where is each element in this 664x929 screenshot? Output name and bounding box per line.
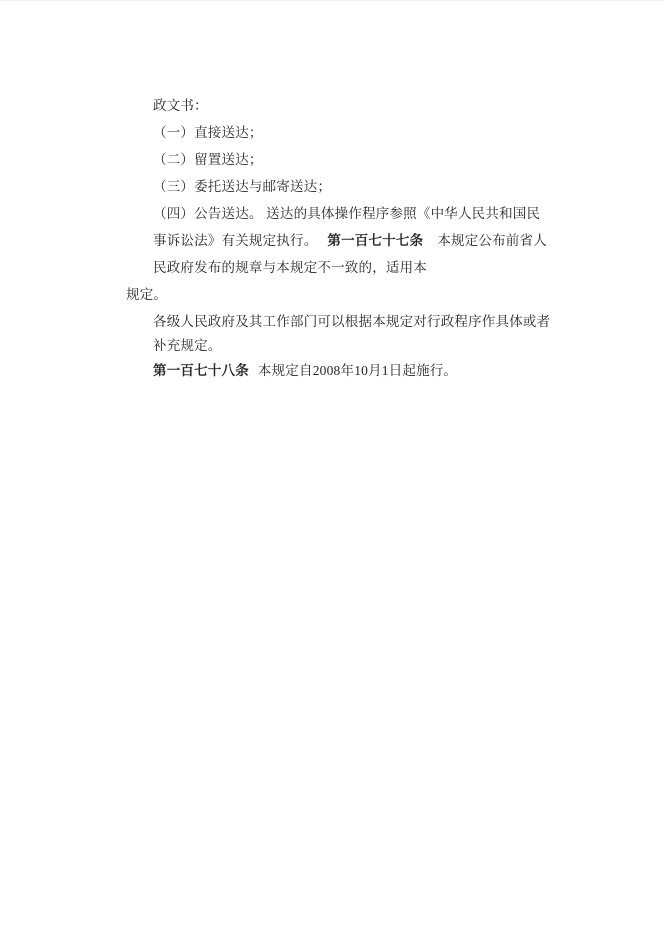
document-line-10: 补充规定。	[153, 335, 664, 357]
document-line-11: 第一百七十八条本规定自2008年10月1日起施行。	[153, 357, 664, 384]
document-line-4: （三）委托送达与邮寄送达；	[153, 173, 664, 200]
document-line-5: （四）公告送达。 送达的具体操作程序参照《中华人民共和国民	[153, 200, 664, 227]
line-6-text-before: 事诉讼法》有关规定执行。	[153, 233, 317, 248]
document-text-block: 政文书： （一）直接送达； （二）留置送达； （三）委托送达与邮寄送达； （四）…	[0, 1, 664, 384]
document-line-2: （一）直接送达；	[153, 119, 664, 146]
document-line-9: 各级人民政府及其工作部门可以根据本规定对行政程序作具体或者	[153, 308, 664, 335]
line-6-text-after: 本规定公布前省人	[437, 233, 547, 248]
article-178-number: 第一百七十八条	[153, 363, 249, 378]
document-line-7: 民政府发布的规章与本规定不一致的，适用本	[153, 254, 664, 281]
document-page: 政文书： （一）直接送达； （二）留置送达； （三）委托送达与邮寄送达； （四）…	[0, 0, 664, 929]
document-line-6: 事诉讼法》有关规定执行。第一百七十七条本规定公布前省人	[153, 227, 664, 254]
line-11-text-after: 本规定自2008年10月1日起施行。	[258, 363, 457, 378]
document-line-3: （二）留置送达；	[153, 146, 664, 173]
article-177-number: 第一百七十七条	[327, 233, 423, 248]
document-line-8: 规定。	[126, 281, 664, 308]
document-line-1: 政文书：	[153, 92, 664, 119]
